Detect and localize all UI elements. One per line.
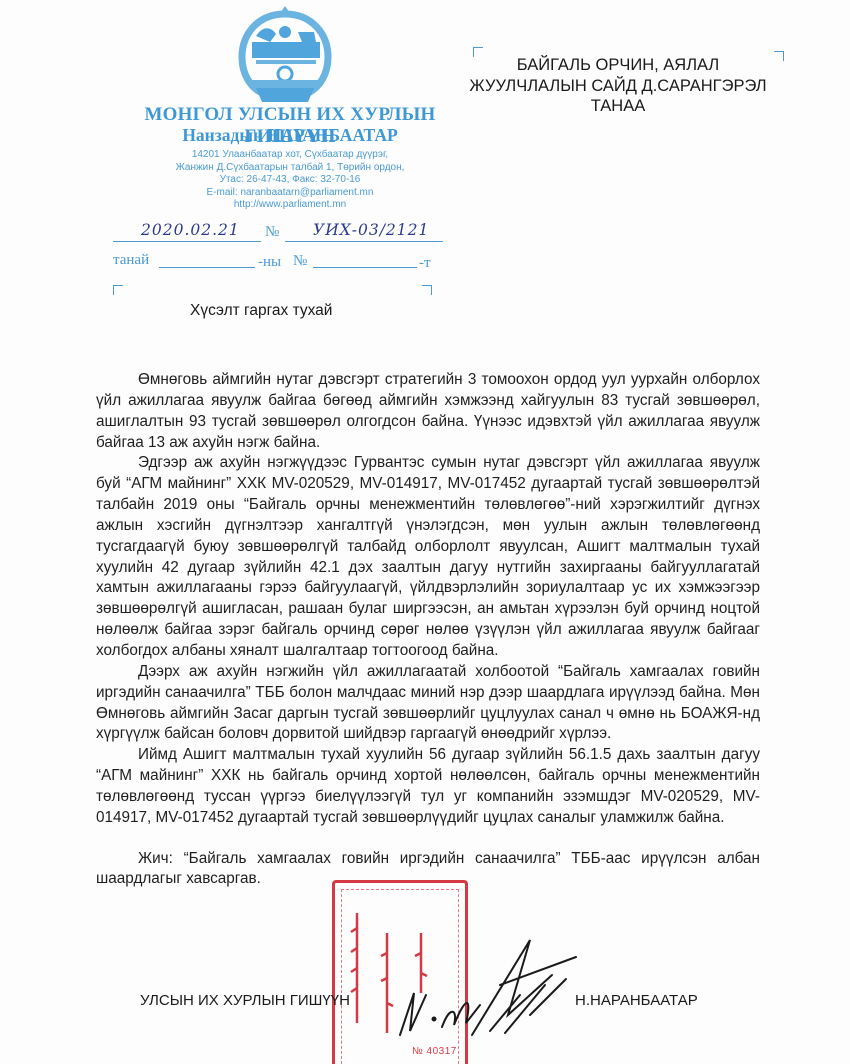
paragraph: Өмнөговь аймгийн нутаг дэвсгэрт стратеги…	[96, 370, 760, 453]
letter-number: УИХ-03/2121	[313, 221, 429, 239]
address-line-2: Жанжин Д.Сүхбаатарын талбай 1, Төрийн ор…	[100, 162, 480, 175]
paragraph: Дээрх аж ахуйн нэгжийн үйл ажиллагаатай …	[96, 662, 760, 745]
stamp-number: № 40317	[412, 1046, 457, 1057]
recipient-bracket-right	[774, 51, 784, 61]
your-number-sign: №	[293, 253, 307, 270]
signatory-title: УЛСЫН ИХ ХУРЛЫН ГИШҮҮН	[140, 992, 350, 1009]
recipient-line-1: БАЙГАЛЬ ОРЧИН, АЯЛАЛ	[468, 55, 768, 76]
date-number-row: 2020.02.21 № УИХ-03/2121	[113, 222, 443, 244]
letter-page: МОНГОЛ УЛСЫН ИХ ХУРЛЫН ГИШҮҮН Нанзадын Н…	[0, 0, 850, 1064]
paragraph: Эдгээр аж ахуйн нэгжүүдээс Гурвантэс сум…	[96, 453, 760, 661]
suffix: -т	[419, 255, 431, 272]
contact-info: 14201 Улаанбаатар хот, Сүхбаатар дүүрэг,…	[100, 149, 480, 212]
recipient-block: БАЙГАЛЬ ОРЧИН, АЯЛАЛ ЖУУЛЧЛАЛЫН САЙД Д.С…	[468, 55, 768, 117]
subject-bracket-left	[113, 285, 123, 295]
of-label: -ны	[258, 254, 281, 271]
signatory-name: Н.НАРАНБААТАР	[575, 992, 698, 1009]
member-name: Нанзадын НАРАНБААТАР	[100, 125, 480, 145]
recipient-line-3: ТАНАА	[468, 96, 768, 117]
recipient-line-2: ЖУУЛЧЛАЛЫН САЙД Д.САРАНГЭРЭЛ	[468, 76, 768, 97]
number-sign: №	[265, 224, 279, 241]
paragraph: Иймд Ашигт малтмалын тухай хуулийн 56 ду…	[96, 745, 760, 828]
letter-body: Өмнөговь аймгийн нутаг дэвсгэрт стратеги…	[96, 370, 760, 890]
address-line-1: 14201 Улаанбаатар хот, Сүхбаатар дүүрэг,	[100, 149, 480, 162]
mongolian-state-emblem-icon	[230, 2, 340, 106]
your-label: танай	[113, 252, 149, 269]
handwritten-signature-icon	[380, 935, 580, 1045]
subject-bracket-right	[422, 285, 432, 295]
your-reference-row: танай -ны № -т	[113, 252, 443, 274]
phone-fax: Утас: 26-47-43, Факс: 32-70-16	[100, 174, 480, 187]
email[interactable]: E-mail: naranbaatarn@parliament.mn	[100, 187, 480, 200]
website[interactable]: http://www.parliament.mn	[100, 199, 480, 212]
subject-line: Хүсэлт гаргах тухай	[190, 302, 332, 320]
letter-date: 2020.02.21	[141, 221, 240, 239]
